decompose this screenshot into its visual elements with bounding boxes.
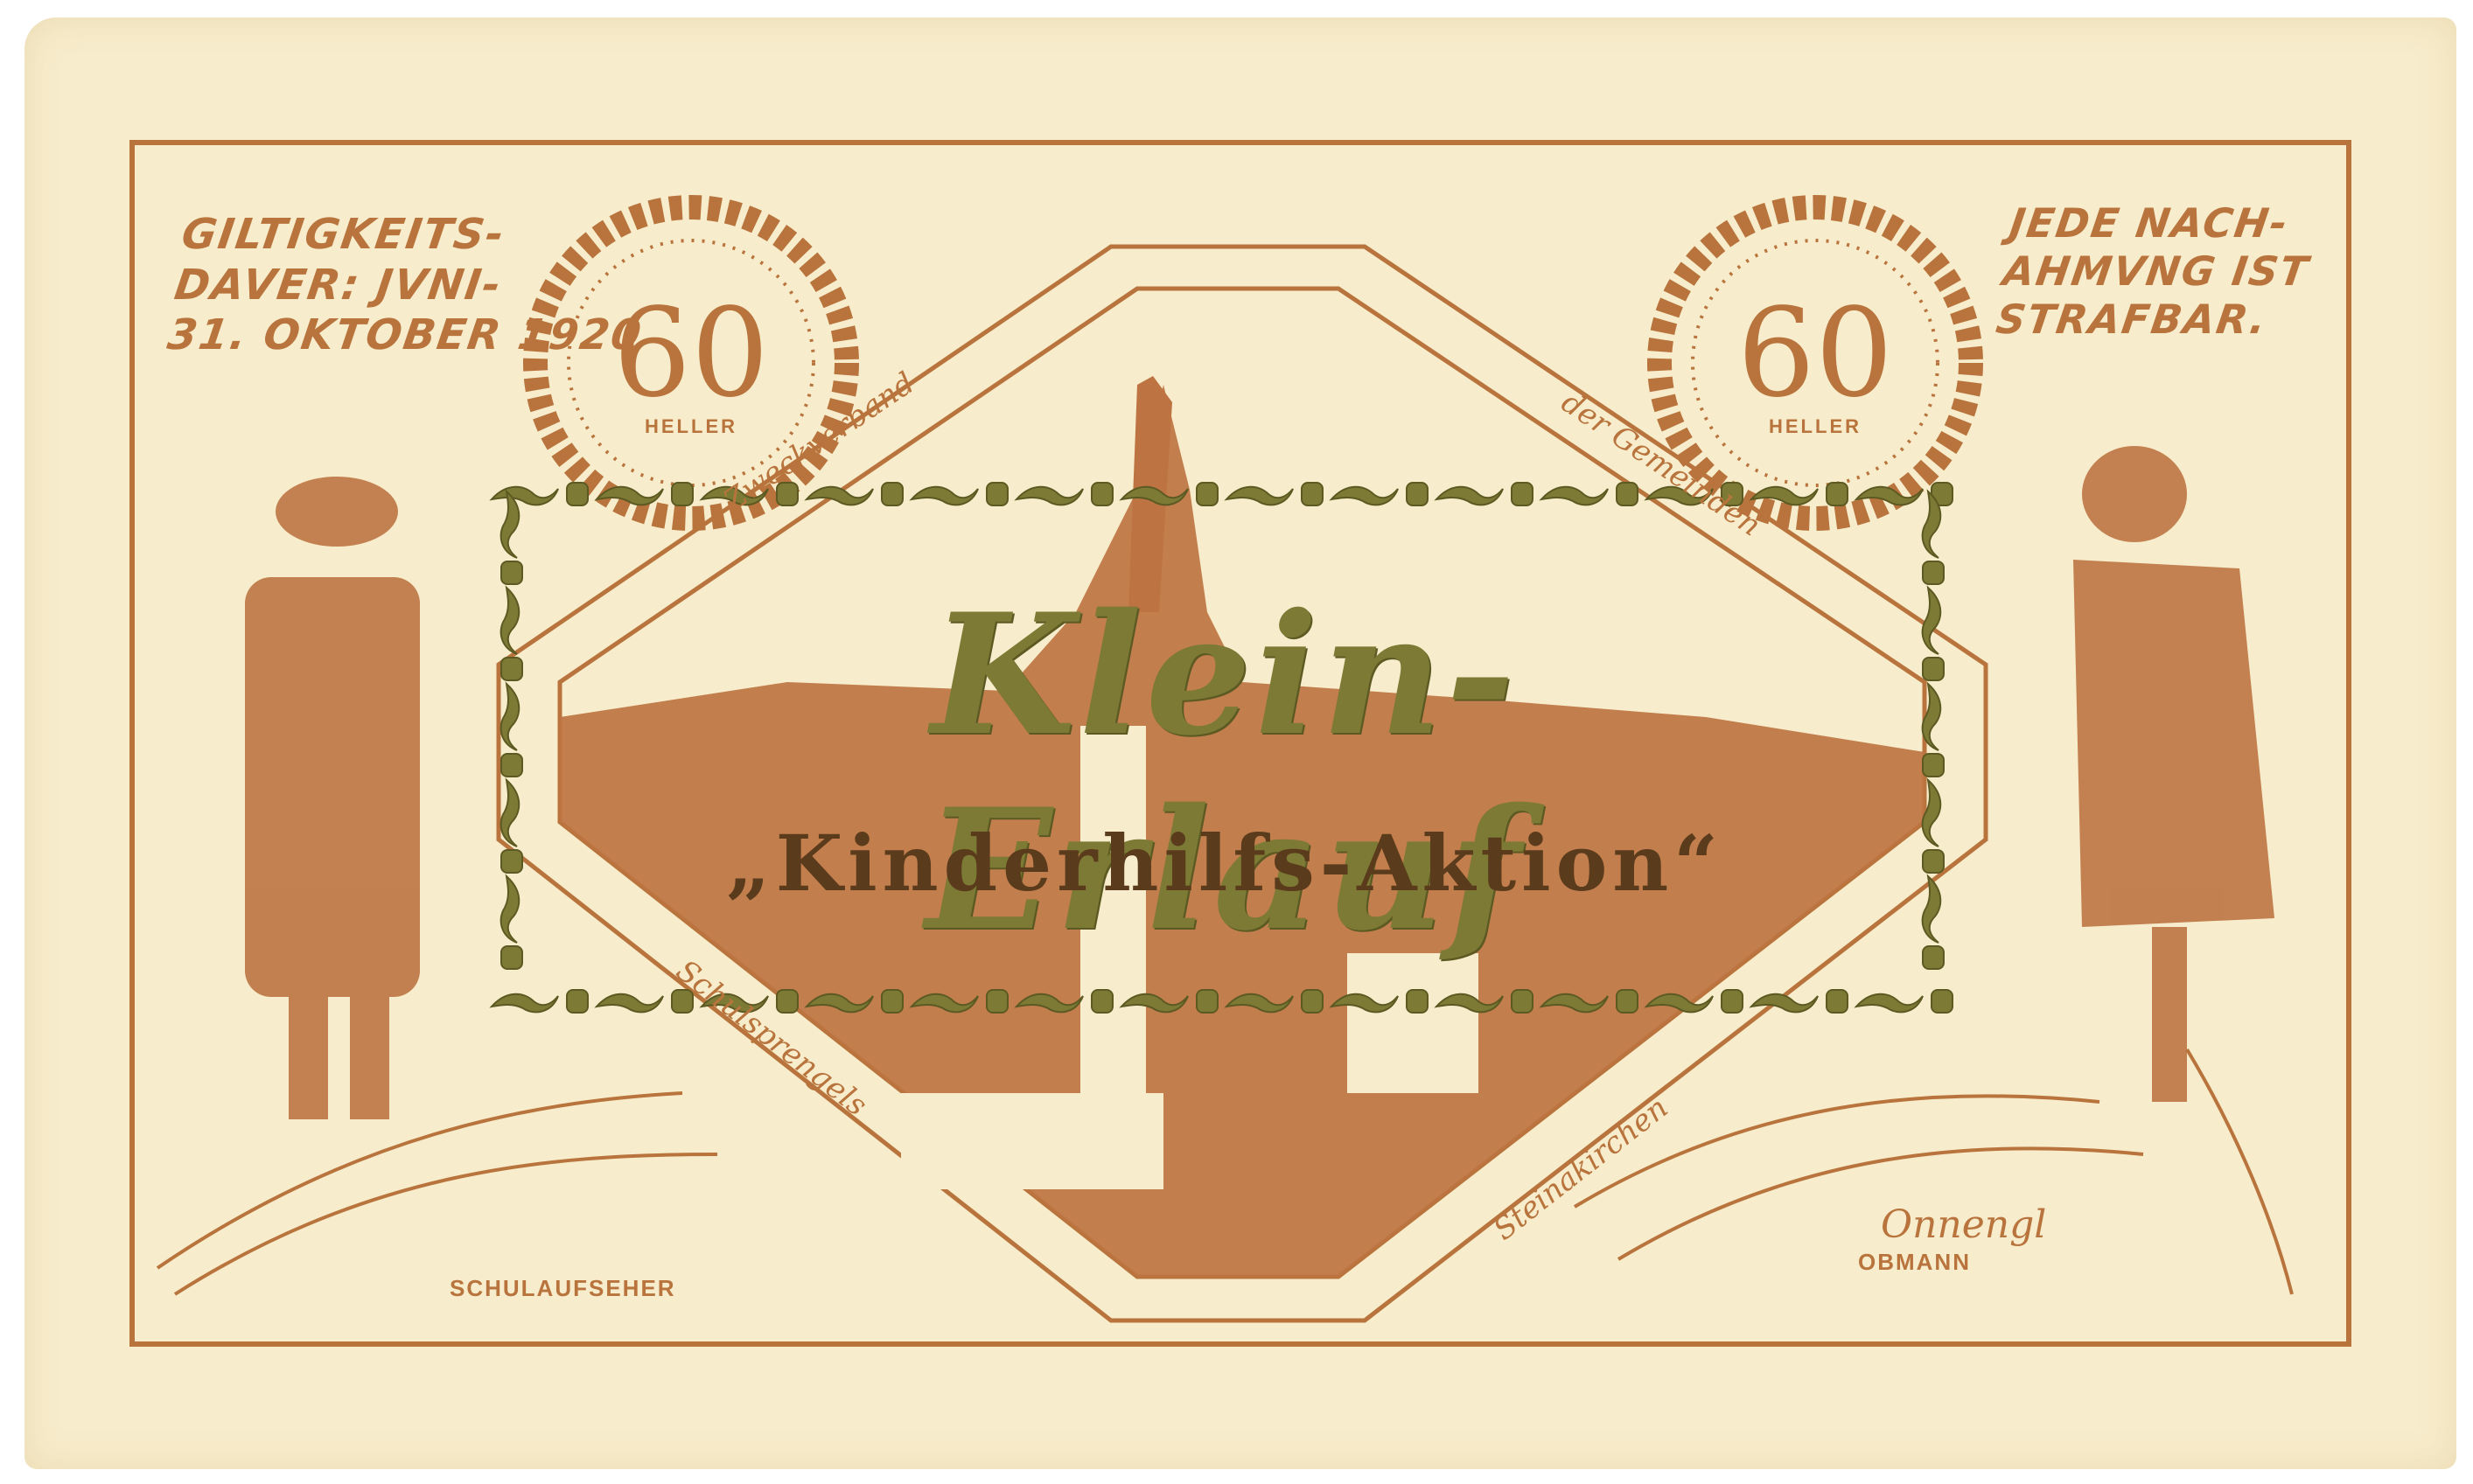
coin-right-value: 60 bbox=[1719, 293, 1911, 415]
coin-left-unit: HELLER bbox=[639, 415, 744, 438]
town-title: Klein-Erlauf bbox=[674, 577, 1776, 967]
warning-line-2: AHMVNG IST bbox=[2000, 247, 2312, 296]
campaign-subtitle: „Kinderhilfs-Aktion“ bbox=[700, 818, 1750, 909]
validity-text: GILTIGKEITS- DAVER: JVNI- 31. OKTOBER 19… bbox=[164, 210, 660, 361]
figure-boy bbox=[245, 477, 420, 1119]
warning-line-1: JEDE NACH- bbox=[2007, 199, 2319, 247]
signature-label-chairman: OBMANN bbox=[1858, 1249, 1971, 1276]
validity-line-1: GILTIGKEITS- bbox=[178, 210, 660, 261]
validity-line-3: 31. OKTOBER 1920 bbox=[164, 310, 646, 361]
validity-line-2: DAVER: JVNI- bbox=[171, 261, 653, 311]
signature-chairman: Onnengl bbox=[1881, 1202, 2046, 1247]
imitation-warning: JEDE NACH- AHMVNG IST STRAFBAR. bbox=[1993, 199, 2319, 345]
warning-line-3: STRAFBAR. bbox=[1993, 296, 2305, 344]
signature-label-school-inspector: SCHULAUFSEHER bbox=[450, 1275, 676, 1302]
figure-girl bbox=[2073, 446, 2274, 1102]
coin-right-unit: HELLER bbox=[1763, 415, 1868, 438]
